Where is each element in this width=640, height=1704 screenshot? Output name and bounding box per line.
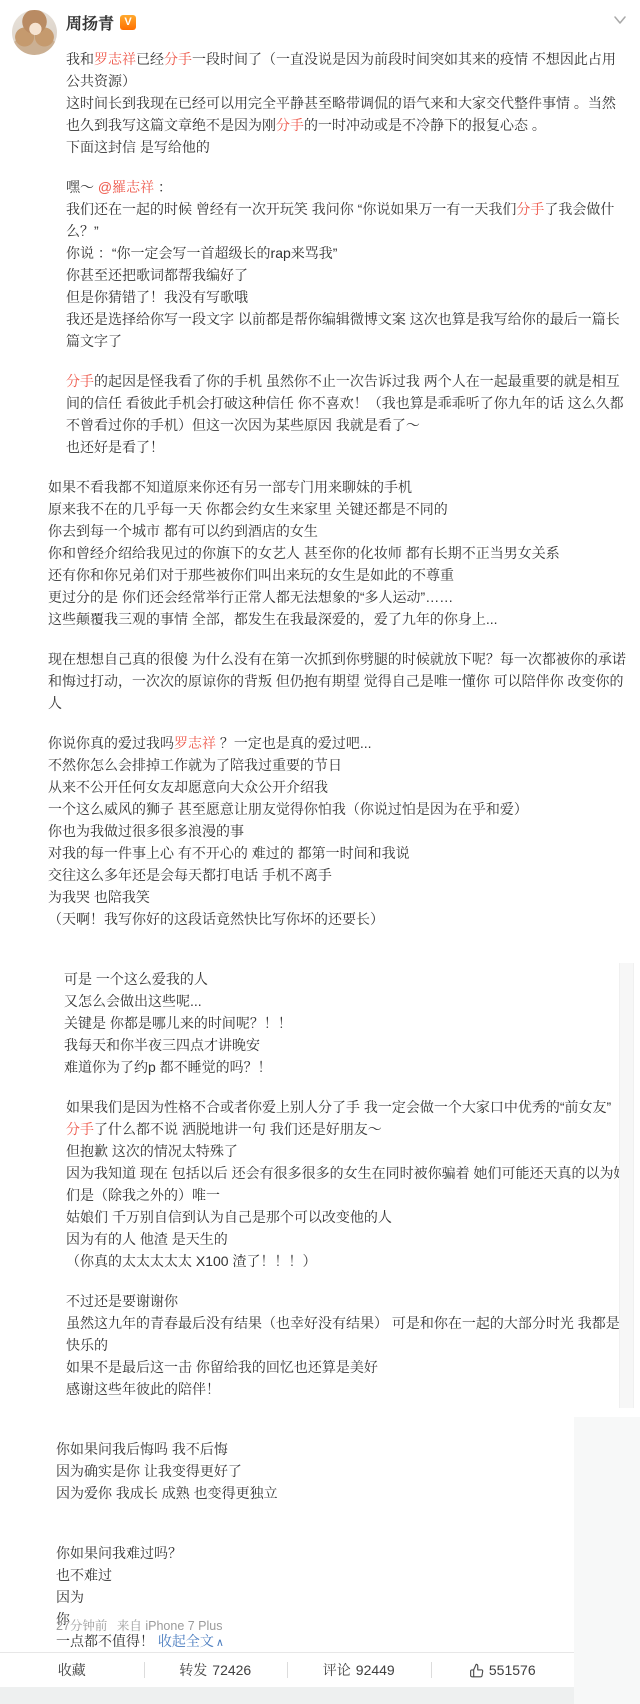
post-line: 更过分的是 你们还会经常举行正常人都无法想象的“多人运动”…… xyxy=(48,586,628,608)
post-line: 你如果问我后悔吗 我不后悔 xyxy=(56,1438,628,1460)
post-text: 一点都不值得！ xyxy=(56,1633,158,1649)
post-line: 一个这么威风的狮子 甚至愿意让朋友觉得你怕我（你说过怕是因为在乎和爱） xyxy=(48,798,628,820)
post-line: 分手的起因是怪我看了你的手机 虽然你不止一次告诉过我 两个人在一起最重要的就是相… xyxy=(66,370,628,436)
post-line: 虽然这九年的青春最后没有结果（也幸好没有结果） 可是和你在一起的大部分时光 我都… xyxy=(66,1312,628,1356)
post-text: 更过分的是 你们还会经常举行正常人都无法想象的“多人运动”…… xyxy=(48,589,453,605)
post-line: 你说 ：“你一定会写一首超级长的rap来骂我” xyxy=(66,242,628,264)
post-text: （你真的太太太太太 X100 渣了！！！） xyxy=(66,1253,316,1269)
post-line: 但抱歉 这次的情况太特殊了 xyxy=(66,1140,628,1162)
post-text: 我们还在一起的时候 曾经有一次开玩笑 我问你 “你说如果万一有一天我们 xyxy=(66,201,516,217)
post-text: 姑娘们 千万别自信到认为自己是那个可以改变他的人 xyxy=(66,1209,392,1225)
post-paragraph: 你如果问我难过吗？也不难过因为你一点都不值得！ 收起全文∧ xyxy=(56,1542,640,1654)
post-text: 关键是 你都是哪儿来的时间呢？！！ xyxy=(64,1015,292,1031)
post-line: 你去到每一个城市 都有可以约到酒店的女生 xyxy=(48,520,628,542)
repost-label: 转发 xyxy=(179,1660,207,1680)
post-text: 因为确实是你 让我变得更好了 xyxy=(56,1463,242,1479)
thumbs-up-icon xyxy=(469,1663,484,1678)
post-text: （天啊！我写你好的这段话竟然快比写你坏的还要长） xyxy=(48,911,384,927)
post-text: 不然你怎么会排掉工作就为了陪我过重要的节日 xyxy=(48,757,342,773)
post-line: 这些颠覆我三观的事情 全部，都发生在我最深爱的，爱了九年的你身上... xyxy=(48,608,628,630)
post-text: 为我哭 也陪我笑 xyxy=(48,889,150,905)
post-body: 我和罗志祥已经分手一段时间了（一直没说是因为前段时间突如其来的疫情 不想因此占用… xyxy=(0,48,640,1654)
post-text: 又怎么会做出这些呢... xyxy=(64,993,202,1009)
post-text: 嘿～ xyxy=(66,179,98,195)
post-text: 但抱歉 这次的情况太特殊了 xyxy=(66,1143,238,1159)
post-text: 现在想想自己真的很傻 为什么没有在第一次抓到你劈腿的时候就放下呢？每一次都被你的… xyxy=(48,651,626,711)
post-line: 如果我们是因为性格不合或者你爱上别人分了手 我一定会做一个大家口中优秀的“前女友… xyxy=(66,1096,628,1118)
post-paragraph: 嘿～ @羅志祥 ：我们还在一起的时候 曾经有一次开玩笑 我问你 “你说如果万一有… xyxy=(66,176,640,352)
like-count: 551576 xyxy=(489,1662,536,1678)
post-line: （天啊！我写你好的这段话竟然快比写你坏的还要长） xyxy=(48,908,628,930)
post-text: 原来我不在的几乎每一天 你都会约女生来家里 关键还都是不同的 xyxy=(48,501,448,517)
post-line: 从来不公开任何女友却愿意向大众公开介绍我 xyxy=(48,776,628,798)
collapse-link[interactable]: 收起全文 xyxy=(158,1633,214,1649)
post-text: 也不难过 xyxy=(56,1567,112,1583)
post-line: 因为爱你 我成长 成熟 也变得更独立 xyxy=(56,1482,628,1504)
post-text: 如果不看我都不知道原来你还有另一部专门用来聊妹的手机 xyxy=(48,479,412,495)
post-text: 难道你为了约p 都不睡觉的吗？！ xyxy=(64,1059,272,1075)
post-text: 的一时冲动或是不冷静下的报复心态 。 xyxy=(304,117,546,133)
post-text: 如果不是最后这一击 你留给我的回忆也还算是美好 xyxy=(66,1359,378,1375)
post-paragraph: 如果我们是因为性格不合或者你爱上别人分了手 我一定会做一个大家口中优秀的“前女友… xyxy=(66,1096,640,1272)
post-line: 又怎么会做出这些呢... xyxy=(64,990,628,1012)
post-line: 我还是选择给你写一段文字 以前都是帮你编辑微博文案 这次也算是我写给你的最后一篇… xyxy=(66,308,628,352)
post-text: 因为爱你 我成长 成熟 也变得更独立 xyxy=(56,1485,278,1501)
post-line: 因为我知道 现在 包括以后 还会有很多很多的女生在同时被你骗着 她们可能还天真的… xyxy=(66,1162,628,1206)
post-paragraph: 你说你真的爱过我吗罗志祥 ？一定也是真的爱过吧...不然你怎么会排掉工作就为了陪… xyxy=(48,732,640,930)
post-text: 感谢这些年彼此的陪伴！ xyxy=(66,1381,220,1397)
post-text: 你甚至还把歌词都帮我编好了 xyxy=(66,267,248,283)
post-line: 现在想想自己真的很傻 为什么没有在第一次抓到你劈腿的时候就放下呢？每一次都被你的… xyxy=(48,648,628,714)
post-text: 但是你猜错了！我没有写歌哦 xyxy=(66,289,248,305)
post-line: 嘿～ @羅志祥 ： xyxy=(66,176,628,198)
post-text: 你如果问我难过吗？ xyxy=(56,1545,182,1561)
post-text: 我每天和你半夜三四点才讲晚安 xyxy=(64,1037,260,1053)
verified-badge-icon: V xyxy=(120,15,136,30)
post-header: 周扬青 V xyxy=(66,13,136,31)
post-text: ： xyxy=(154,179,172,195)
post-text: 从来不公开任何女友却愿意向大众公开介绍我 xyxy=(48,779,328,795)
post-line: 因为确实是你 让我变得更好了 xyxy=(56,1460,628,1482)
post-line: 因为 xyxy=(56,1586,628,1608)
post-meta: 27分钟前 来自 iPhone 7 Plus xyxy=(56,1616,223,1634)
highlight-text: 罗志祥 xyxy=(94,51,136,67)
comment-count: 92449 xyxy=(356,1662,395,1678)
favorite-button[interactable]: 收藏 xyxy=(0,1653,144,1687)
post-line: 难道你为了约p 都不睡觉的吗？！ xyxy=(64,1056,628,1078)
highlight-text: 罗志祥 xyxy=(174,735,216,751)
post-text: 交往这么多年还是会每天都打电话 手机不离手 xyxy=(48,867,332,883)
post-line: 我们还在一起的时候 曾经有一次开玩笑 我问你 “你说如果万一有一天我们分手了我会… xyxy=(66,198,628,242)
post-paragraph: 分手的起因是怪我看了你的手机 虽然你不止一次告诉过我 两个人在一起最重要的就是相… xyxy=(66,370,640,458)
post-paragraph: 可是 一个这么爱我的人又怎么会做出这些呢...关键是 你都是哪儿来的时间呢？！！… xyxy=(64,968,640,1078)
post-line: 不然你怎么会排掉工作就为了陪我过重要的节日 xyxy=(48,754,628,776)
post-text: 因为 xyxy=(56,1589,84,1605)
post-line: 你和曾经介绍给我见过的你旗下的女艺人 甚至你的化妆师 都有长期不正当男女关系 xyxy=(48,542,628,564)
post-line: 还有你和你兄弟们对于那些被你们叫出来玩的女生是如此的不尊重 xyxy=(48,564,628,586)
post-text: 你如果问我后悔吗 我不后悔 xyxy=(56,1441,228,1457)
post-text: 一个这么威风的狮子 甚至愿意让朋友觉得你怕我（你说过怕是因为在乎和爱） xyxy=(48,801,528,817)
highlight-text: 分手 xyxy=(164,51,192,67)
highlight-text: 分手 xyxy=(516,201,544,217)
chevron-down-icon[interactable] xyxy=(612,12,628,28)
page-background-right xyxy=(574,1417,640,1704)
post-line: 我每天和你半夜三四点才讲晚安 xyxy=(64,1034,628,1056)
comment-button[interactable]: 评论 92449 xyxy=(287,1653,431,1687)
post-paragraph: 现在想想自己真的很傻 为什么没有在第一次抓到你劈腿的时候就放下呢？每一次都被你的… xyxy=(48,648,640,714)
post-text: 你去到每一个城市 都有可以约到酒店的女生 xyxy=(48,523,318,539)
post-text: 还有你和你兄弟们对于那些被你们叫出来玩的女生是如此的不尊重 xyxy=(48,567,454,583)
post-text: 因为我知道 现在 包括以后 还会有很多很多的女生在同时被你骗着 她们可能还天真的… xyxy=(66,1165,628,1203)
highlight-text: 分手 xyxy=(276,117,304,133)
post-line: 姑娘们 千万别自信到认为自己是那个可以改变他的人 xyxy=(66,1206,628,1228)
post-line: 也不难过 xyxy=(56,1564,628,1586)
post-text: 这些颠覆我三观的事情 全部，都发生在我最深爱的，爱了九年的你身上... xyxy=(48,611,498,627)
post-text: 你说 ：“你一定会写一首超级长的rap来骂我” xyxy=(66,245,337,261)
timestamp[interactable]: 27分钟前 xyxy=(56,1619,107,1633)
collapse-caret-icon[interactable]: ∧ xyxy=(216,1637,224,1649)
post-line: 分手了什么都不说 洒脱地讲一句 我们还是好朋友～ xyxy=(66,1118,628,1140)
post-line: 为我哭 也陪我笑 xyxy=(48,886,628,908)
post-text: 虽然这九年的青春最后没有结果（也幸好没有结果） 可是和你在一起的大部分时光 我都… xyxy=(66,1315,620,1353)
comment-label: 评论 xyxy=(323,1660,351,1680)
favorite-label: 收藏 xyxy=(58,1660,86,1680)
action-bar: 收藏 转发 72426 评论 92449 551576 xyxy=(0,1652,574,1687)
post-text: ？一定也是真的爱过吧... xyxy=(216,735,372,751)
post-text: 已经 xyxy=(136,51,164,67)
post-paragraph: 你如果问我后悔吗 我不后悔因为确实是你 让我变得更好了因为爱你 我成长 成熟 也… xyxy=(56,1438,640,1504)
source-device-link[interactable]: 来自 iPhone 7 Plus xyxy=(117,1619,223,1633)
post-text: 你说你真的爱过我吗 xyxy=(48,735,174,751)
post-text: 可是 一个这么爱我的人 xyxy=(64,971,208,987)
post-text: 我还是选择给你写一段文字 以前都是帮你编辑微博文案 这次也算是我写给你的最后一篇… xyxy=(66,311,620,349)
post-line: 不过还是要谢谢你 xyxy=(66,1290,628,1312)
post-line: 下面这封信 是写给他的 xyxy=(66,136,628,158)
like-button[interactable]: 551576 xyxy=(431,1653,575,1687)
post-line: 因为有的人 他渣 是天生的 xyxy=(66,1228,628,1250)
post-paragraph: 我和罗志祥已经分手一段时间了（一直没说是因为前段时间突如其来的疫情 不想因此占用… xyxy=(66,48,640,158)
post-text: 也还好是看了！ xyxy=(66,439,164,455)
post-line: （你真的太太太太太 X100 渣了！！！） xyxy=(66,1250,628,1272)
post-line: 如果不看我都不知道原来你还有另一部专门用来聊妹的手机 xyxy=(48,476,628,498)
page-background-bottom xyxy=(0,1687,574,1704)
post-line: 我和罗志祥已经分手一段时间了（一直没说是因为前段时间突如其来的疫情 不想因此占用… xyxy=(66,48,628,92)
post-text: 了什么都不说 洒脱地讲一句 我们还是好朋友～ xyxy=(94,1121,382,1137)
mention-link[interactable]: @羅志祥 xyxy=(98,179,154,195)
post-text: 下面这封信 是写给他的 xyxy=(66,139,210,155)
post-line: 你说你真的爱过我吗罗志祥 ？一定也是真的爱过吧... xyxy=(48,732,628,754)
post-text: 对我的每一件事上心 有不开心的 难过的 都第一时间和我说 xyxy=(48,845,410,861)
post-paragraph: 如果不看我都不知道原来你还有另一部专门用来聊妹的手机原来我不在的几乎每一天 你都… xyxy=(48,476,640,630)
post-line: 如果不是最后这一击 你留给我的回忆也还算是美好 xyxy=(66,1356,628,1378)
repost-button[interactable]: 转发 72426 xyxy=(144,1653,288,1687)
post-text: 不过还是要谢谢你 xyxy=(66,1293,178,1309)
post-line: 也还好是看了！ xyxy=(66,436,628,458)
post-line: 但是你猜错了！我没有写歌哦 xyxy=(66,286,628,308)
highlight-text: 分手 xyxy=(66,373,94,389)
scrollbar-track[interactable] xyxy=(619,963,634,1408)
post-line: 可是 一个这么爱我的人 xyxy=(64,968,628,990)
user-name[interactable]: 周扬青 xyxy=(66,11,114,34)
post-line: 你甚至还把歌词都帮我编好了 xyxy=(66,264,628,286)
repost-count: 72426 xyxy=(212,1662,251,1678)
weibo-post-card: 周扬青 V 我和罗志祥已经分手一段时间了（一直没说是因为前段时间突如其来的疫情 … xyxy=(0,0,640,1704)
post-line: 你也为我做过很多很多浪漫的事 xyxy=(48,820,628,842)
post-line: 你如果问我难过吗？ xyxy=(56,1542,628,1564)
highlight-text: 分手 xyxy=(66,1121,94,1137)
post-line: 原来我不在的几乎每一天 你都会约女生来家里 关键还都是不同的 xyxy=(48,498,628,520)
post-text: 你和曾经介绍给我见过的你旗下的女艺人 甚至你的化妆师 都有长期不正当男女关系 xyxy=(48,545,560,561)
post-line: 对我的每一件事上心 有不开心的 难过的 都第一时间和我说 xyxy=(48,842,628,864)
post-line: 感谢这些年彼此的陪伴！ xyxy=(66,1378,628,1400)
post-text: 如果我们是因为性格不合或者你爱上别人分了手 我一定会做一个大家口中优秀的“前女友… xyxy=(66,1099,611,1115)
post-line: 这时间长到我现在已经可以用完全平静甚至略带调侃的语气来和大家交代整件事情 。当然… xyxy=(66,92,628,136)
post-line: 关键是 你都是哪儿来的时间呢？！！ xyxy=(64,1012,628,1034)
post-paragraph: 不过还是要谢谢你虽然这九年的青春最后没有结果（也幸好没有结果） 可是和你在一起的… xyxy=(66,1290,640,1400)
post-line: 交往这么多年还是会每天都打电话 手机不离手 xyxy=(48,864,628,886)
post-text: 因为有的人 他渣 是天生的 xyxy=(66,1231,228,1247)
post-text: 的起因是怪我看了你的手机 虽然你不止一次告诉过我 两个人在一起最重要的就是相互间… xyxy=(66,373,624,433)
post-text: 你也为我做过很多很多浪漫的事 xyxy=(48,823,244,839)
post-text: 我和 xyxy=(66,51,94,67)
